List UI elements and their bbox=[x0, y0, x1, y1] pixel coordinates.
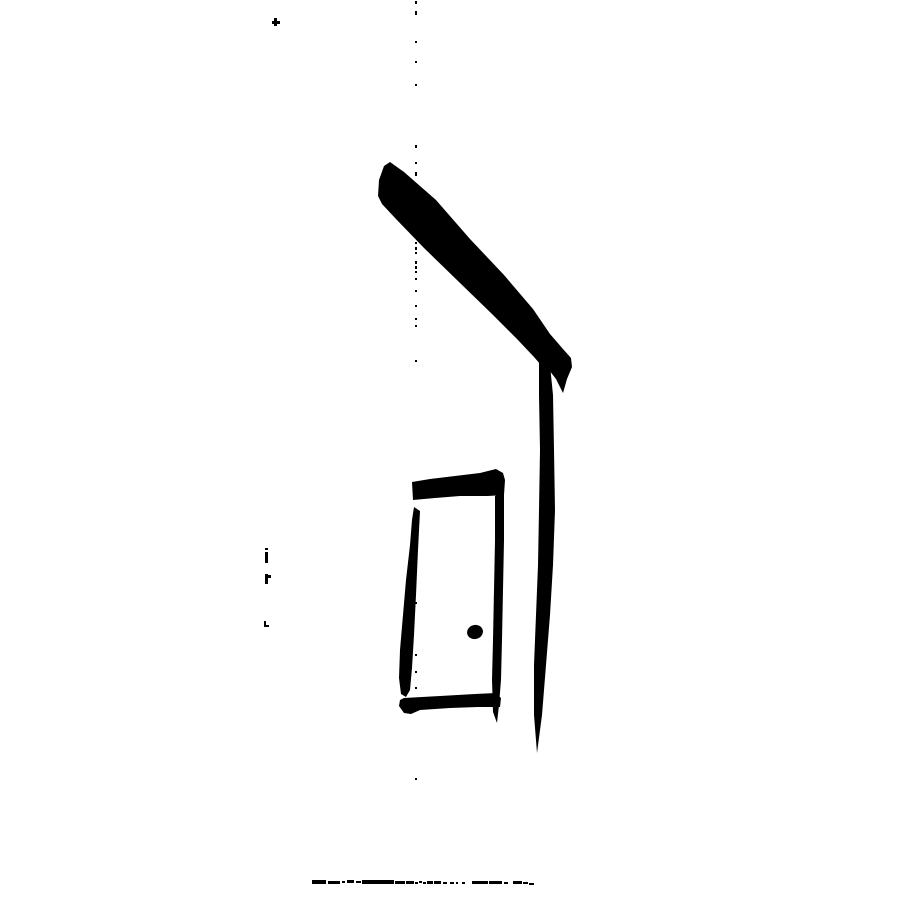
dash-segment bbox=[328, 881, 340, 884]
guide-dot bbox=[415, 654, 417, 656]
guide-dot bbox=[415, 278, 417, 280]
dash-segment bbox=[504, 882, 508, 884]
bottom-dashed-line bbox=[312, 880, 534, 885]
dash-segment bbox=[434, 881, 441, 884]
dash-segment bbox=[356, 881, 361, 883]
guide-dot bbox=[415, 261, 417, 264]
dash-segment bbox=[462, 882, 465, 884]
margin-speck bbox=[265, 552, 268, 563]
guide-dot bbox=[415, 61, 417, 63]
dash-segment bbox=[523, 882, 528, 884]
dash-segment bbox=[419, 881, 422, 883]
cross-bar bbox=[274, 18, 277, 26]
inner-ink-dot bbox=[465, 623, 484, 641]
dash-segment bbox=[529, 883, 534, 885]
stroke-diagonal-with-hook bbox=[378, 162, 572, 393]
stroke-box-top-bar bbox=[412, 469, 505, 500]
stroke-box-right-side bbox=[492, 492, 504, 723]
guide-dot bbox=[415, 145, 417, 148]
margin-speck bbox=[265, 548, 268, 550]
dash-segment bbox=[347, 880, 354, 883]
dash-segment bbox=[427, 881, 433, 884]
margin-speck bbox=[265, 574, 268, 584]
guide-dot bbox=[415, 290, 417, 292]
registration-cross-icon bbox=[272, 18, 280, 26]
guide-dot bbox=[415, 271, 417, 273]
guide-dot bbox=[415, 11, 417, 15]
dash-segment bbox=[415, 882, 418, 884]
guide-dot bbox=[415, 247, 417, 250]
guide-dot bbox=[415, 671, 417, 673]
glyph-canvas bbox=[0, 0, 918, 897]
guide-dot bbox=[415, 778, 417, 780]
guide-dot bbox=[415, 84, 417, 86]
stroke-long-vertical bbox=[534, 363, 555, 753]
dash-segment bbox=[456, 882, 458, 884]
dash-segment bbox=[489, 881, 502, 884]
guide-dot bbox=[415, 162, 417, 164]
margin-marks bbox=[264, 548, 271, 627]
margin-speck bbox=[268, 575, 271, 578]
guide-dot bbox=[415, 318, 417, 320]
dash-segment bbox=[362, 880, 394, 884]
dash-segment bbox=[312, 880, 326, 884]
dash-segment bbox=[423, 882, 426, 884]
dash-segment bbox=[513, 881, 522, 884]
scan-page bbox=[0, 0, 918, 897]
dash-segment bbox=[406, 881, 414, 884]
dash-segment bbox=[342, 881, 345, 883]
guide-dot bbox=[415, 252, 417, 254]
guide-dot bbox=[415, 305, 417, 307]
dash-segment bbox=[472, 881, 488, 884]
margin-speck bbox=[264, 625, 269, 627]
guide-dot bbox=[415, 41, 417, 43]
guide-dot bbox=[415, 242, 417, 244]
stroke-box-bottom-bar bbox=[399, 693, 501, 714]
vertical-dotted-guide bbox=[415, 1, 417, 780]
guide-dot bbox=[415, 325, 417, 327]
character-strokes bbox=[378, 162, 572, 753]
guide-dot bbox=[415, 172, 417, 176]
guide-dot bbox=[415, 687, 417, 689]
dash-segment bbox=[450, 882, 454, 884]
dash-segment bbox=[443, 882, 447, 884]
guide-dot bbox=[415, 266, 417, 269]
guide-dot bbox=[415, 360, 417, 362]
guide-dot bbox=[415, 1, 417, 4]
dash-segment bbox=[395, 881, 405, 884]
